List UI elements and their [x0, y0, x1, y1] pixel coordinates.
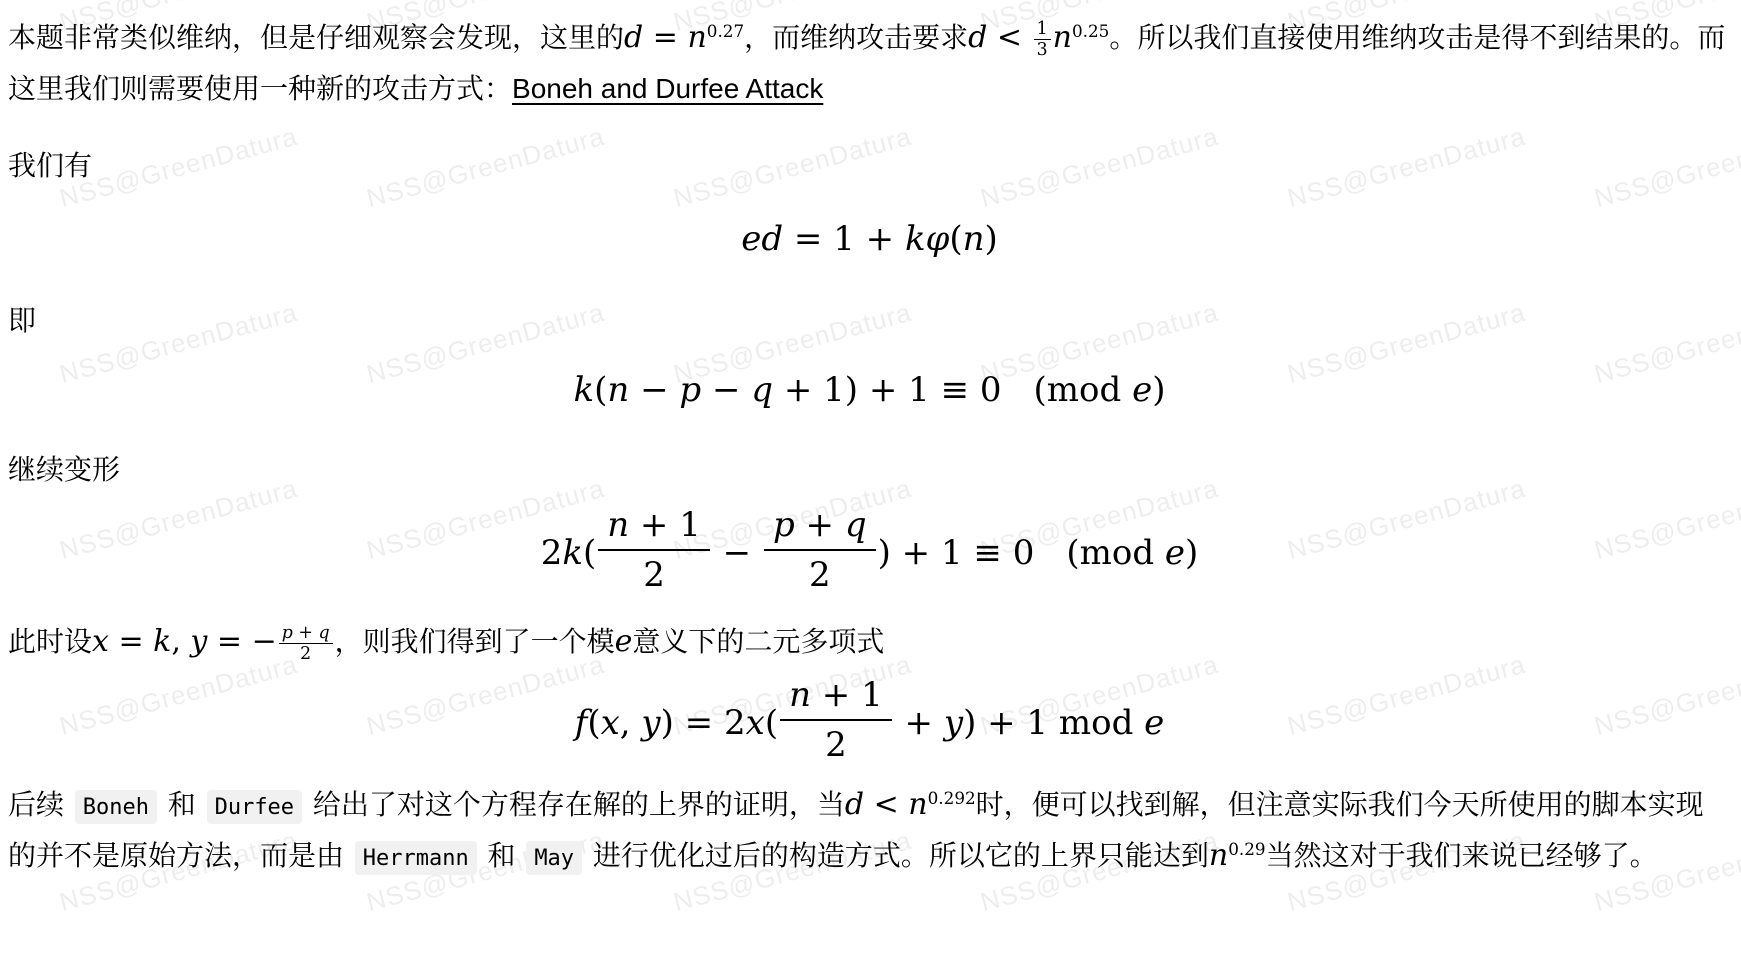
math-paren: ( — [949, 219, 962, 259]
math-var-e: e — [615, 624, 633, 659]
math-mod-group: (mod e) — [1034, 370, 1166, 410]
math-comma: , — [620, 703, 642, 743]
math-paren: ) — [985, 219, 998, 259]
inline-code-may: May — [526, 841, 582, 875]
math-var-d: d — [845, 787, 864, 822]
paragraph-substitution: 此时设x = k, y = −p + q2，则我们得到了一个模e意义下的二元多项… — [8, 615, 1731, 669]
fraction-denominator: 2 — [780, 721, 892, 764]
math-num: 2 — [541, 533, 563, 573]
math-paren: ) — [845, 370, 858, 410]
paragraph-conclusion: 后续 Boneh 和 Durfee 给出了对这个方程存在解的上界的证明，当d <… — [8, 781, 1731, 883]
math-var-x: x — [746, 703, 765, 743]
math-var-k: k — [574, 370, 595, 410]
math-op: + — [894, 703, 944, 743]
math-comma: , — [171, 624, 190, 659]
math-var-ed: ed — [741, 219, 783, 259]
math-var-x: x — [92, 624, 109, 659]
math-paren: ( — [583, 533, 596, 573]
fraction-numerator: n + 1 — [780, 676, 892, 721]
fraction-n-plus-1-over-2: n + 12 — [780, 676, 892, 764]
math-var-y: y — [641, 703, 660, 743]
math-var-y: y — [944, 703, 963, 743]
text-run: 继续变形 — [8, 454, 120, 485]
paragraph-namely: 即 — [8, 297, 1731, 344]
inline-code-durfee: Durfee — [207, 790, 302, 824]
math-var-e: e — [1144, 703, 1164, 743]
text-run: 进行优化过后的构造方式。所以它的上界只能达到 — [585, 840, 1209, 871]
math-op: + — [795, 505, 845, 545]
math-var-n: n — [963, 219, 985, 259]
math-op-equals: = — [643, 20, 687, 55]
math-var-q: q — [751, 370, 773, 410]
math-op: + 1 ≡ 0 — [858, 370, 1001, 410]
math-var-e: e — [1165, 533, 1185, 573]
math-op-equals: = — [109, 624, 153, 659]
math-var-d: d — [968, 20, 987, 55]
math-op-lessthan: < — [864, 787, 908, 822]
fraction-numerator: p + q — [279, 624, 333, 644]
math-var-x: x — [601, 703, 620, 743]
math-op: − — [629, 370, 679, 410]
math-var-n: n — [908, 787, 927, 822]
math-op: + 1 — [811, 675, 883, 715]
inline-code-boneh: Boneh — [75, 790, 157, 824]
text-run: 即 — [8, 305, 36, 336]
formula-congruence: k(n − p − q + 1) + 1 ≡ 0(mod e) — [8, 368, 1731, 414]
math-var-q: q — [318, 623, 329, 643]
math-paren: ( — [594, 370, 607, 410]
math-var-n: n — [687, 20, 706, 55]
math-exponent: 0.292 — [928, 788, 976, 808]
math-paren: ) — [878, 533, 891, 573]
math-var-kphi: kφ — [905, 219, 949, 259]
math-var-e: e — [1132, 370, 1152, 410]
fraction-denominator: 2 — [598, 551, 710, 594]
math-var-q: q — [845, 505, 867, 545]
math-op-equals-minus: = − — [207, 624, 276, 659]
text-run: 当然这对于我们来说已经够了。 — [1266, 840, 1658, 871]
document-page: NSS@GreenDaturaNSS@GreenDaturaNSS@GreenD… — [0, 0, 1741, 957]
math-mod-close: ) — [1185, 533, 1198, 573]
math-var-d: d — [624, 20, 643, 55]
math-op: + 1 ≡ 0 — [891, 533, 1034, 573]
math-mod-open: (mod — [1034, 370, 1133, 410]
math-mod-group: (mod e) — [1066, 533, 1198, 573]
text-run: 后续 — [8, 789, 72, 820]
fraction-denominator: 3 — [1034, 40, 1051, 59]
paragraph-intro: 本题非常类似维纳，但是仔细观察会发现，这里的d = n0.27，而维纳攻击要求d… — [8, 14, 1731, 112]
text-run: ，而维纳攻击要求 — [744, 22, 968, 53]
fraction-numerator: p + q — [764, 506, 876, 551]
fraction-p-plus-q-over-2: p + q2 — [764, 506, 876, 594]
math-var-f: f — [575, 703, 588, 743]
math-var-y: y — [190, 624, 207, 659]
text-run: 意义下的二元多项式 — [632, 626, 884, 657]
fraction-p-plus-q-over-2: p + q2 — [279, 624, 333, 663]
text-run: 此时设 — [8, 626, 92, 657]
boneh-durfee-attack-link[interactable]: Boneh and Durfee Attack — [512, 73, 823, 104]
math-var-p: p — [773, 505, 795, 545]
math-op: + 1 — [773, 370, 845, 410]
math-var-n: n — [1053, 20, 1072, 55]
fraction-numerator: 1 — [1034, 20, 1051, 40]
text-run: ，则我们得到了一个模 — [335, 626, 615, 657]
math-exponent: 0.27 — [707, 21, 744, 41]
formula-ed-equals: ed = 1 + kφ(n) — [8, 217, 1731, 263]
math-exponent: 0.25 — [1072, 21, 1109, 41]
paragraph-transform: 继续变形 — [8, 446, 1731, 493]
fraction-denominator: 2 — [764, 551, 876, 594]
math-op: + — [293, 623, 319, 643]
article-content: 本题非常类似维纳，但是仔细观察会发现，这里的d = n0.27，而维纳攻击要求d… — [8, 14, 1731, 883]
paragraph-we-have: 我们有 — [8, 142, 1731, 189]
math-op-lessthan: < — [987, 20, 1031, 55]
formula-fraction-congruence: 2k(n + 12 − p + q2) + 1 ≡ 0(mod e) — [8, 511, 1731, 599]
math-var-k: k — [562, 533, 583, 573]
fraction-n-plus-1-over-2: n + 12 — [598, 506, 710, 594]
inline-code-herrmann: Herrmann — [355, 841, 477, 875]
math-mod-close: ) — [1152, 370, 1165, 410]
math-op: = 2 — [674, 703, 746, 743]
math-var-n: n — [1209, 838, 1228, 873]
formula-polynomial: f(x, y) = 2x(n + 12 + y) + 1 mod e — [8, 681, 1731, 769]
fraction-denominator: 2 — [279, 644, 333, 663]
math-var-p: p — [282, 623, 293, 643]
math-op: + 1 mod — [976, 703, 1144, 743]
text-run: 和 — [160, 789, 204, 820]
text-run: 本题非常类似维纳，但是仔细观察会发现，这里的 — [8, 22, 624, 53]
math-op: − — [701, 370, 751, 410]
math-var-n: n — [789, 675, 811, 715]
fraction-numerator: n + 1 — [598, 506, 710, 551]
math-exponent: 0.29 — [1228, 839, 1265, 859]
text-run: 和 — [480, 840, 524, 871]
math-var-p: p — [679, 370, 701, 410]
fraction-one-third: 13 — [1034, 20, 1051, 59]
math-mod-open: (mod — [1066, 533, 1165, 573]
math-op: − — [712, 533, 762, 573]
math-op: = 1 + — [783, 219, 905, 259]
text-run: 我们有 — [8, 150, 92, 181]
math-paren: ( — [587, 703, 600, 743]
math-var-n: n — [607, 370, 629, 410]
math-paren: ( — [765, 703, 778, 743]
math-var-n: n — [607, 505, 629, 545]
math-paren: ) — [661, 703, 674, 743]
text-run: 给出了对这个方程存在解的上界的证明，当 — [305, 789, 845, 820]
math-op: + 1 — [629, 505, 701, 545]
math-var-k: k — [153, 624, 171, 659]
math-paren: ) — [963, 703, 976, 743]
